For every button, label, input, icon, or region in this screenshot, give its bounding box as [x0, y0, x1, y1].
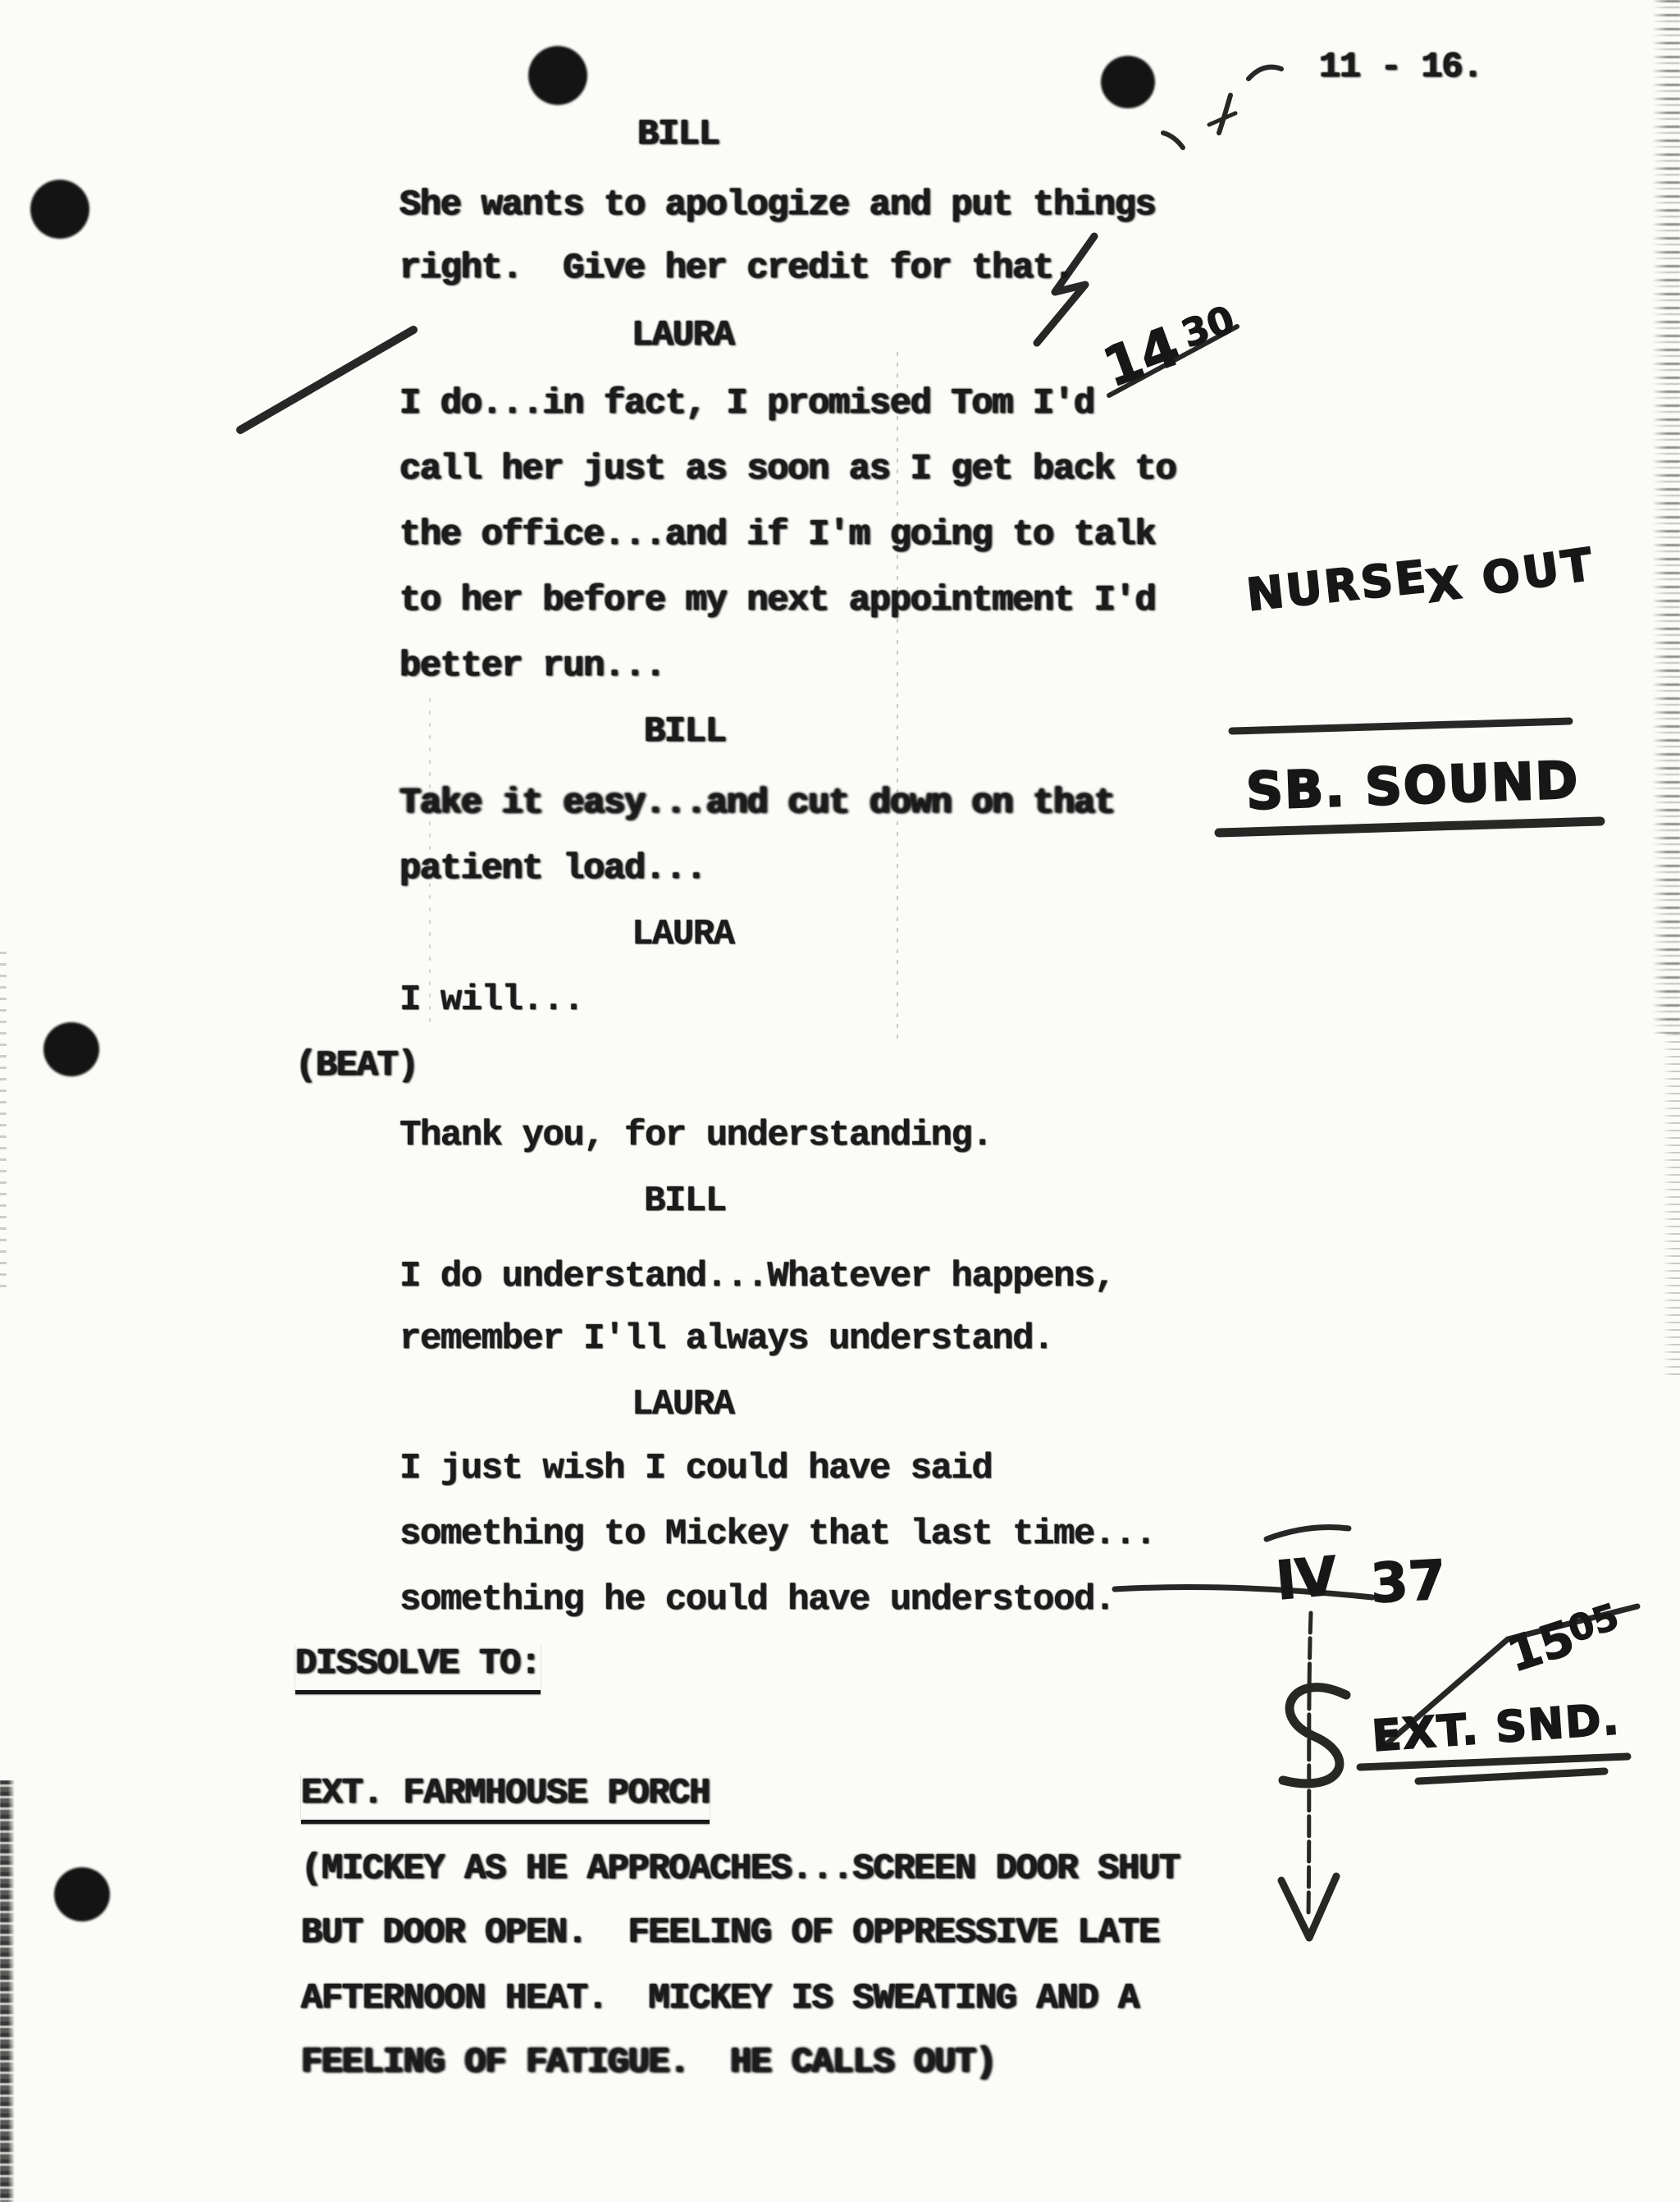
- pen-overline-stroke: [1267, 1528, 1349, 1539]
- scanned-script-page: 11 - 16. BILLShe wants to apologize and …: [0, 0, 1680, 2202]
- handwritten-annotations-layer: 14 30 NURSE X OUT SB. SOUND IV 37 15 05 …: [0, 0, 1680, 2202]
- handwriting-scene-number: 37: [1369, 1548, 1448, 1615]
- handwriting-time-1430-hours: 14: [1095, 314, 1188, 400]
- pen-tick-mark: [1163, 133, 1183, 148]
- handwriting-act-roman: IV: [1274, 1546, 1340, 1612]
- pen-rule-line: [1219, 821, 1600, 833]
- pen-rule-line: [1232, 721, 1569, 731]
- pen-arrow-shaft: [1308, 1613, 1311, 1916]
- handwriting-ext-snd-note: EXT. SND.: [1371, 1695, 1622, 1761]
- pen-strike-mark: [240, 330, 413, 430]
- pen-tick-mark: [1249, 67, 1281, 79]
- pen-strike-mark: [1037, 236, 1094, 343]
- pen-underline-stroke: [1418, 1771, 1605, 1781]
- handwriting-time-1430-minutes: 30: [1176, 297, 1240, 357]
- handwriting-sb-sound-note: SB. SOUND: [1245, 750, 1580, 821]
- handwriting-nurse-note: NURSE: [1244, 550, 1431, 621]
- pen-s-mark: [1283, 1688, 1346, 1784]
- handwriting-x-out-note: X OUT: [1423, 538, 1599, 613]
